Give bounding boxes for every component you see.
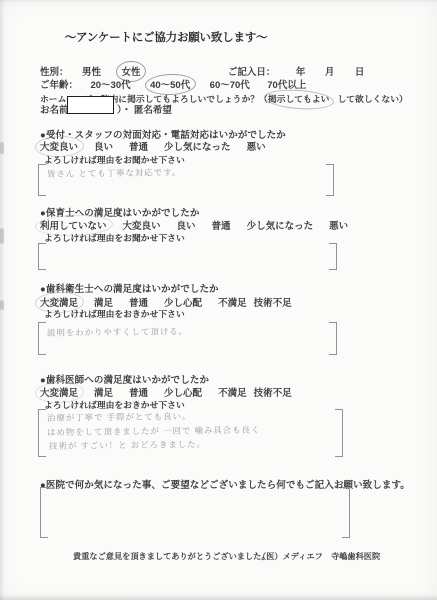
page-title: ～アンケートにご協力お願い致します～ [0, 29, 332, 45]
s3-comment-box: 説明をわかりやすくして頂ける。 [38, 322, 337, 355]
s1-option-bad: 悪い [247, 142, 266, 153]
s1-options: 大変良い良い普通少し気になった悪い [40, 139, 282, 153]
publish-option-no: して欲しくない [337, 94, 399, 104]
s1-option-good: 良い [94, 142, 113, 153]
s4-handwritten-comment-line2: はめ物をして頂きましたが 一回で 噛み具合も良く [47, 424, 260, 439]
anonymous-option: ）・ 匿名希望 [117, 105, 172, 116]
name-redaction-box [67, 96, 114, 114]
s3-reason-label: よろしければ理由をおきかせ下さい [44, 307, 185, 320]
scan-smudge [0, 300, 4, 310]
date-month-label: 月 [325, 67, 335, 78]
s4-options: 大変満足満足普通少し心配不満足技術不足 [40, 385, 292, 399]
scan-edge-bottom [0, 594, 437, 600]
footer-clinic-name: （医）メディエフ 寺嶋歯科医院 [258, 551, 380, 562]
s2-options: 利用していない大変良い良い普通少し気になった悪い [40, 218, 364, 232]
footer-thanks: 貴重なご意見を頂きましてありがとうございました。 [73, 551, 270, 562]
s2-option-not-used-circled: 利用していない [40, 218, 107, 232]
s3-option-unsatisfied: 不満足 [218, 298, 247, 309]
name-suffix-row: ）・ 匿名希望 [117, 100, 172, 118]
s4-handwritten-comment-line3: 技術が すごい！と おどろきました。 [49, 438, 206, 452]
s4-comment-box: 治療が丁寧で 手際がとても良い。 はめ物をして頂きましたが 一回で 噛み具合も良… [38, 409, 343, 457]
scan-smudge [0, 142, 4, 154]
publish-option-yes-circled: 掲示してもよい [268, 92, 330, 105]
s4-option-very-satisfied-circled: 大変満足 [40, 385, 78, 399]
s1-comment-box: 皆さん とても丁寧な対応です。 [38, 164, 334, 196]
date-day-label: 日 [355, 67, 365, 78]
publish-suffix: ） [399, 94, 408, 104]
s1-handwritten-comment: 皆さん とても丁寧な対応です。 [47, 166, 181, 180]
s3-option-lack-of-skill: 技術不足 [254, 298, 292, 309]
s4-option-lack-of-skill: 技術不足 [254, 388, 292, 399]
s1-option-normal: 普通 [129, 142, 148, 153]
s4-handwritten-comment-line1: 治療が丁寧で 手際がとても良い。 [47, 410, 191, 424]
s2-option-slightly-concerned: 少し気になった [247, 221, 314, 232]
scan-smudge [0, 228, 4, 244]
s2-option-bad: 悪い [329, 221, 348, 232]
s3-handwritten-comment: 説明をわかりやすくして頂ける。 [47, 325, 188, 339]
s1-option-very-good-circled: 大変良い [40, 139, 78, 153]
s2-option-normal: 普通 [212, 221, 231, 232]
s2-comment-box [38, 243, 337, 270]
s5-comment-box [40, 487, 350, 538]
s4-option-unsatisfied: 不満足 [218, 388, 247, 399]
s1-option-slightly-concerned: 少し気になった [164, 142, 231, 153]
scan-edge-top [0, 0, 437, 3]
scanned-survey-page: ～アンケートにご協力お願い致します～ 性別： 男性 女性 ご記入日： 年 月 日… [0, 0, 437, 600]
